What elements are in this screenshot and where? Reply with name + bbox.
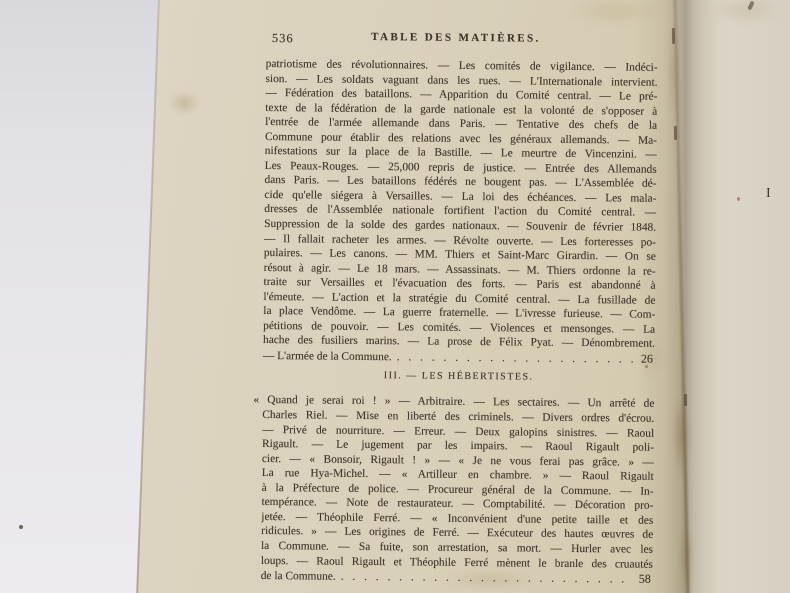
entry-text: — L'armée de la Commune.	[263, 349, 392, 365]
stitch-mark	[672, 28, 675, 44]
stitch-mark	[674, 126, 677, 140]
running-title: TABLE DES MATIÈRES.	[260, 30, 652, 46]
facing-page-text-fragment: I	[766, 186, 771, 202]
entry-page-number: 58	[639, 572, 653, 587]
entry-page-number: 26	[641, 352, 655, 367]
photo-of-open-book: I 536 TABLE DES MATIÈRES. patriotisme de…	[0, 0, 790, 593]
section-heading: III. — LES HÉBERTISTES.	[263, 368, 655, 385]
toc-paragraph-1: patriotisme des révolutionnaires. — Les …	[263, 57, 658, 352]
entry-text: de la Commune.	[261, 569, 336, 584]
stitch-mark	[684, 394, 687, 406]
leader-dots: . . . . . . . . . . . . . . . . . . . . …	[341, 570, 633, 587]
leader-dots: . . . . . . . . . . . . . . . . . . . . …	[397, 350, 635, 367]
page-content: 536 TABLE DES MATIÈRES. patriotisme des …	[261, 30, 658, 586]
toc-paragraph-2: « Quand je serai roi ! » — Arbitraire. —…	[261, 393, 655, 571]
page-header: 536 TABLE DES MATIÈRES.	[266, 30, 658, 49]
